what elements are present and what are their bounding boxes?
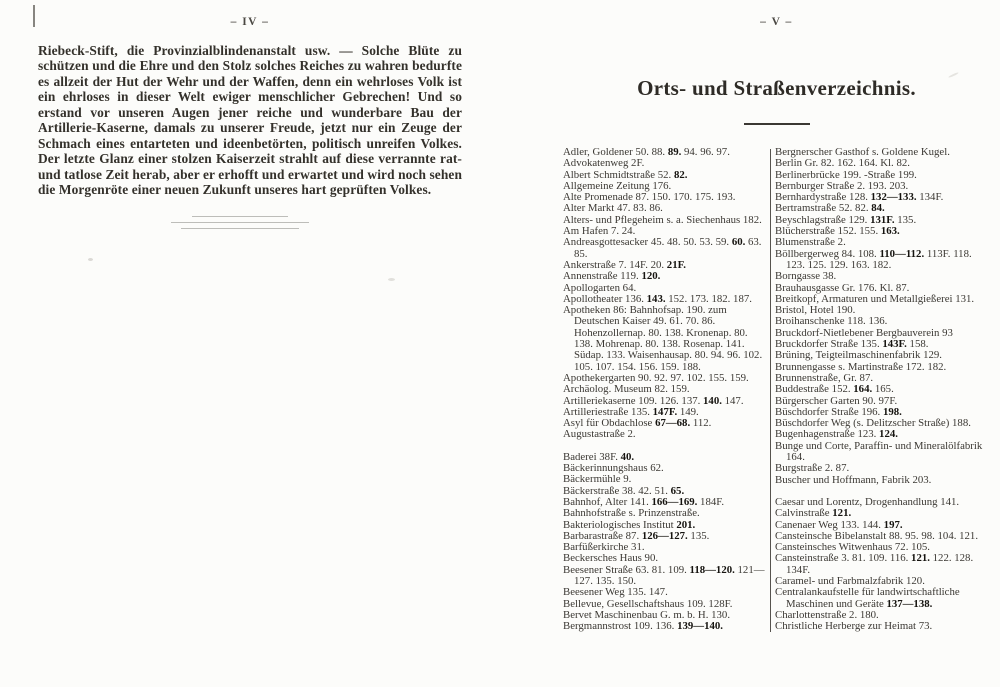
scan-speck xyxy=(388,278,395,281)
index-entry: Böllbergerweg 84. 108. 110—112. 113F. 11… xyxy=(775,249,986,272)
page-v: – V – Orts- und Straßenverzeichnis. Adle… xyxy=(563,16,990,632)
scan-speck xyxy=(88,258,93,261)
index-entry: Christliche Herberge zur Heimat 73. xyxy=(775,621,986,632)
index-columns: Adler, Goldener 50. 88. 89. 94. 96. 97.A… xyxy=(563,147,990,632)
scan-edge-mark xyxy=(33,5,35,27)
page-iv: – IV – Riebeck-Stift, die Provinzialblin… xyxy=(38,16,462,229)
index-entry: Buscher und Hoffmann, Fabrik 203. xyxy=(775,475,986,486)
index-title: Orts- und Straßenverzeichnis. xyxy=(563,76,990,101)
index-entry: Bergmannstrost 109. 136. 139—140. xyxy=(563,621,767,632)
title-rule xyxy=(744,123,810,125)
column-divider-rule xyxy=(770,149,771,632)
index-column-left: Adler, Goldener 50. 88. 89. 94. 96. 97.A… xyxy=(563,147,767,632)
page-number-right: – V – xyxy=(563,16,990,28)
end-of-chapter-flourish xyxy=(165,216,315,229)
index-entry: Centralankaufstelle für landwirtschaftli… xyxy=(775,587,986,610)
index-letter-group: Adler, Goldener 50. 88. 89. 94. 96. 97.A… xyxy=(563,147,767,441)
index-entry: Andreasgottesacker 45. 48. 50. 53. 59. 6… xyxy=(563,237,767,260)
index-entry: Beesener Straße 63. 81. 109. 118—120. 12… xyxy=(563,565,767,588)
index-entry: Cansteinstraße 3. 81. 109. 116. 121. 122… xyxy=(775,553,986,576)
index-entry: Augustastraße 2. xyxy=(563,429,767,440)
index-letter-group: Caesar und Lorentz, Drogenhandlung 141.C… xyxy=(775,497,986,633)
book-scan: – IV – Riebeck-Stift, die Provinzialblin… xyxy=(0,0,1000,687)
index-letter-group: Baderei 38F. 40.Bäckerinnungshaus 62.Bäc… xyxy=(563,452,767,633)
index-entry: Bunge und Corte, Paraffin- und Mineralöl… xyxy=(775,441,986,464)
index-entry: Apotheken 86: Bahnhofsap. 190. zum Deuts… xyxy=(563,305,767,373)
index-letter-group: Bergnerscher Gasthof s. Goldene Kugel.Be… xyxy=(775,147,986,486)
page-number-left: – IV – xyxy=(38,16,462,28)
index-column-right: Bergnerscher Gasthof s. Goldene Kugel.Be… xyxy=(775,147,986,632)
body-paragraph: Riebeck-Stift, die Provinzialblindenanst… xyxy=(38,43,462,198)
